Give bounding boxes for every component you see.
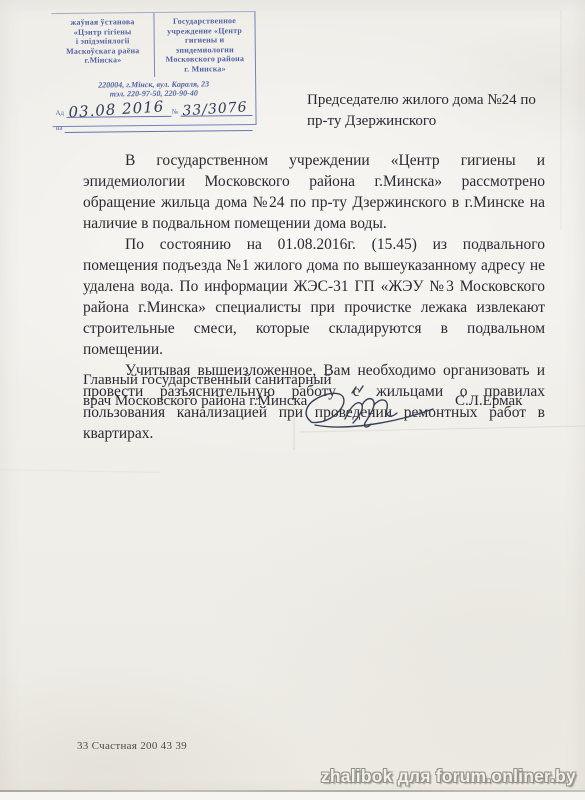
addressee-block: Председателю жилого дома №24 по пр-ту Дз… <box>307 90 547 132</box>
signer-name: С.Л.Ермак <box>455 391 522 412</box>
number-line: 33/3076 <box>180 99 252 117</box>
stamp-line: гигиены и эпидемиологии <box>157 35 253 55</box>
paragraph-2: По состоянию на 01.08.2016г. (15.45) из … <box>83 234 545 360</box>
stamp-belarusian-column: жаўная ўстанова «Цэнтр гігіены і эпідэмі… <box>51 13 154 78</box>
stamp-line: учреждение «Центр <box>157 26 253 37</box>
stamp-address: 220004, г.Мінск, вул. Караля, 23 тэл. 22… <box>52 79 255 100</box>
stamp-line: г. Минска» <box>157 64 253 75</box>
signature-block: Главный государственный санитарный врач … <box>83 370 545 431</box>
stamp-line: Московского района <box>157 54 253 65</box>
number-label: № <box>172 107 179 116</box>
from-label: Ад <box>55 109 64 118</box>
stamp-header-columns: жаўная ўстанова «Цэнтр гігіены і эпідэмі… <box>51 12 255 78</box>
registration-stamp: жаўная ўстанова «Цэнтр гігіены і эпідэмі… <box>51 11 256 127</box>
stamp-line: Маскоўскага раёна <box>54 46 152 57</box>
registration-row: Ад 03.08 2016 № 33/3076 <box>52 99 255 118</box>
scanned-letter-page: жаўная ўстанова «Цэнтр гігіены і эпідэмі… <box>0 0 585 800</box>
watermark-text: zhalibok для forum.onliner.by <box>321 766 576 787</box>
handwritten-date: 03.08 2016 <box>68 97 165 121</box>
handwritten-signature <box>295 379 445 441</box>
date-line: 03.08 2016 <box>66 99 172 117</box>
stamp-line: г.Мінска» <box>54 55 152 66</box>
executor-note: 33 Счастная 200 43 39 <box>77 740 187 752</box>
addressee-line2: пр-ту Дзержинского <box>307 111 547 132</box>
handwritten-number: 33/3076 <box>182 99 248 119</box>
scanner-background-strip <box>0 792 585 800</box>
paragraph-1: В государственном учреждении «Центр гиги… <box>83 150 545 234</box>
addressee-line1: Председателю жилого дома №24 по <box>307 90 547 111</box>
reference-row: на <box>53 122 256 133</box>
ref-blank-line <box>64 122 252 133</box>
signer-title-line2: врач Московского района г.Минска <box>83 393 307 409</box>
stamp-russian-column: Государственное учреждение «Центр гигиен… <box>153 12 255 77</box>
scan-seam <box>560 10 562 230</box>
fold-crease <box>0 469 160 474</box>
ref-label: на <box>56 124 63 133</box>
